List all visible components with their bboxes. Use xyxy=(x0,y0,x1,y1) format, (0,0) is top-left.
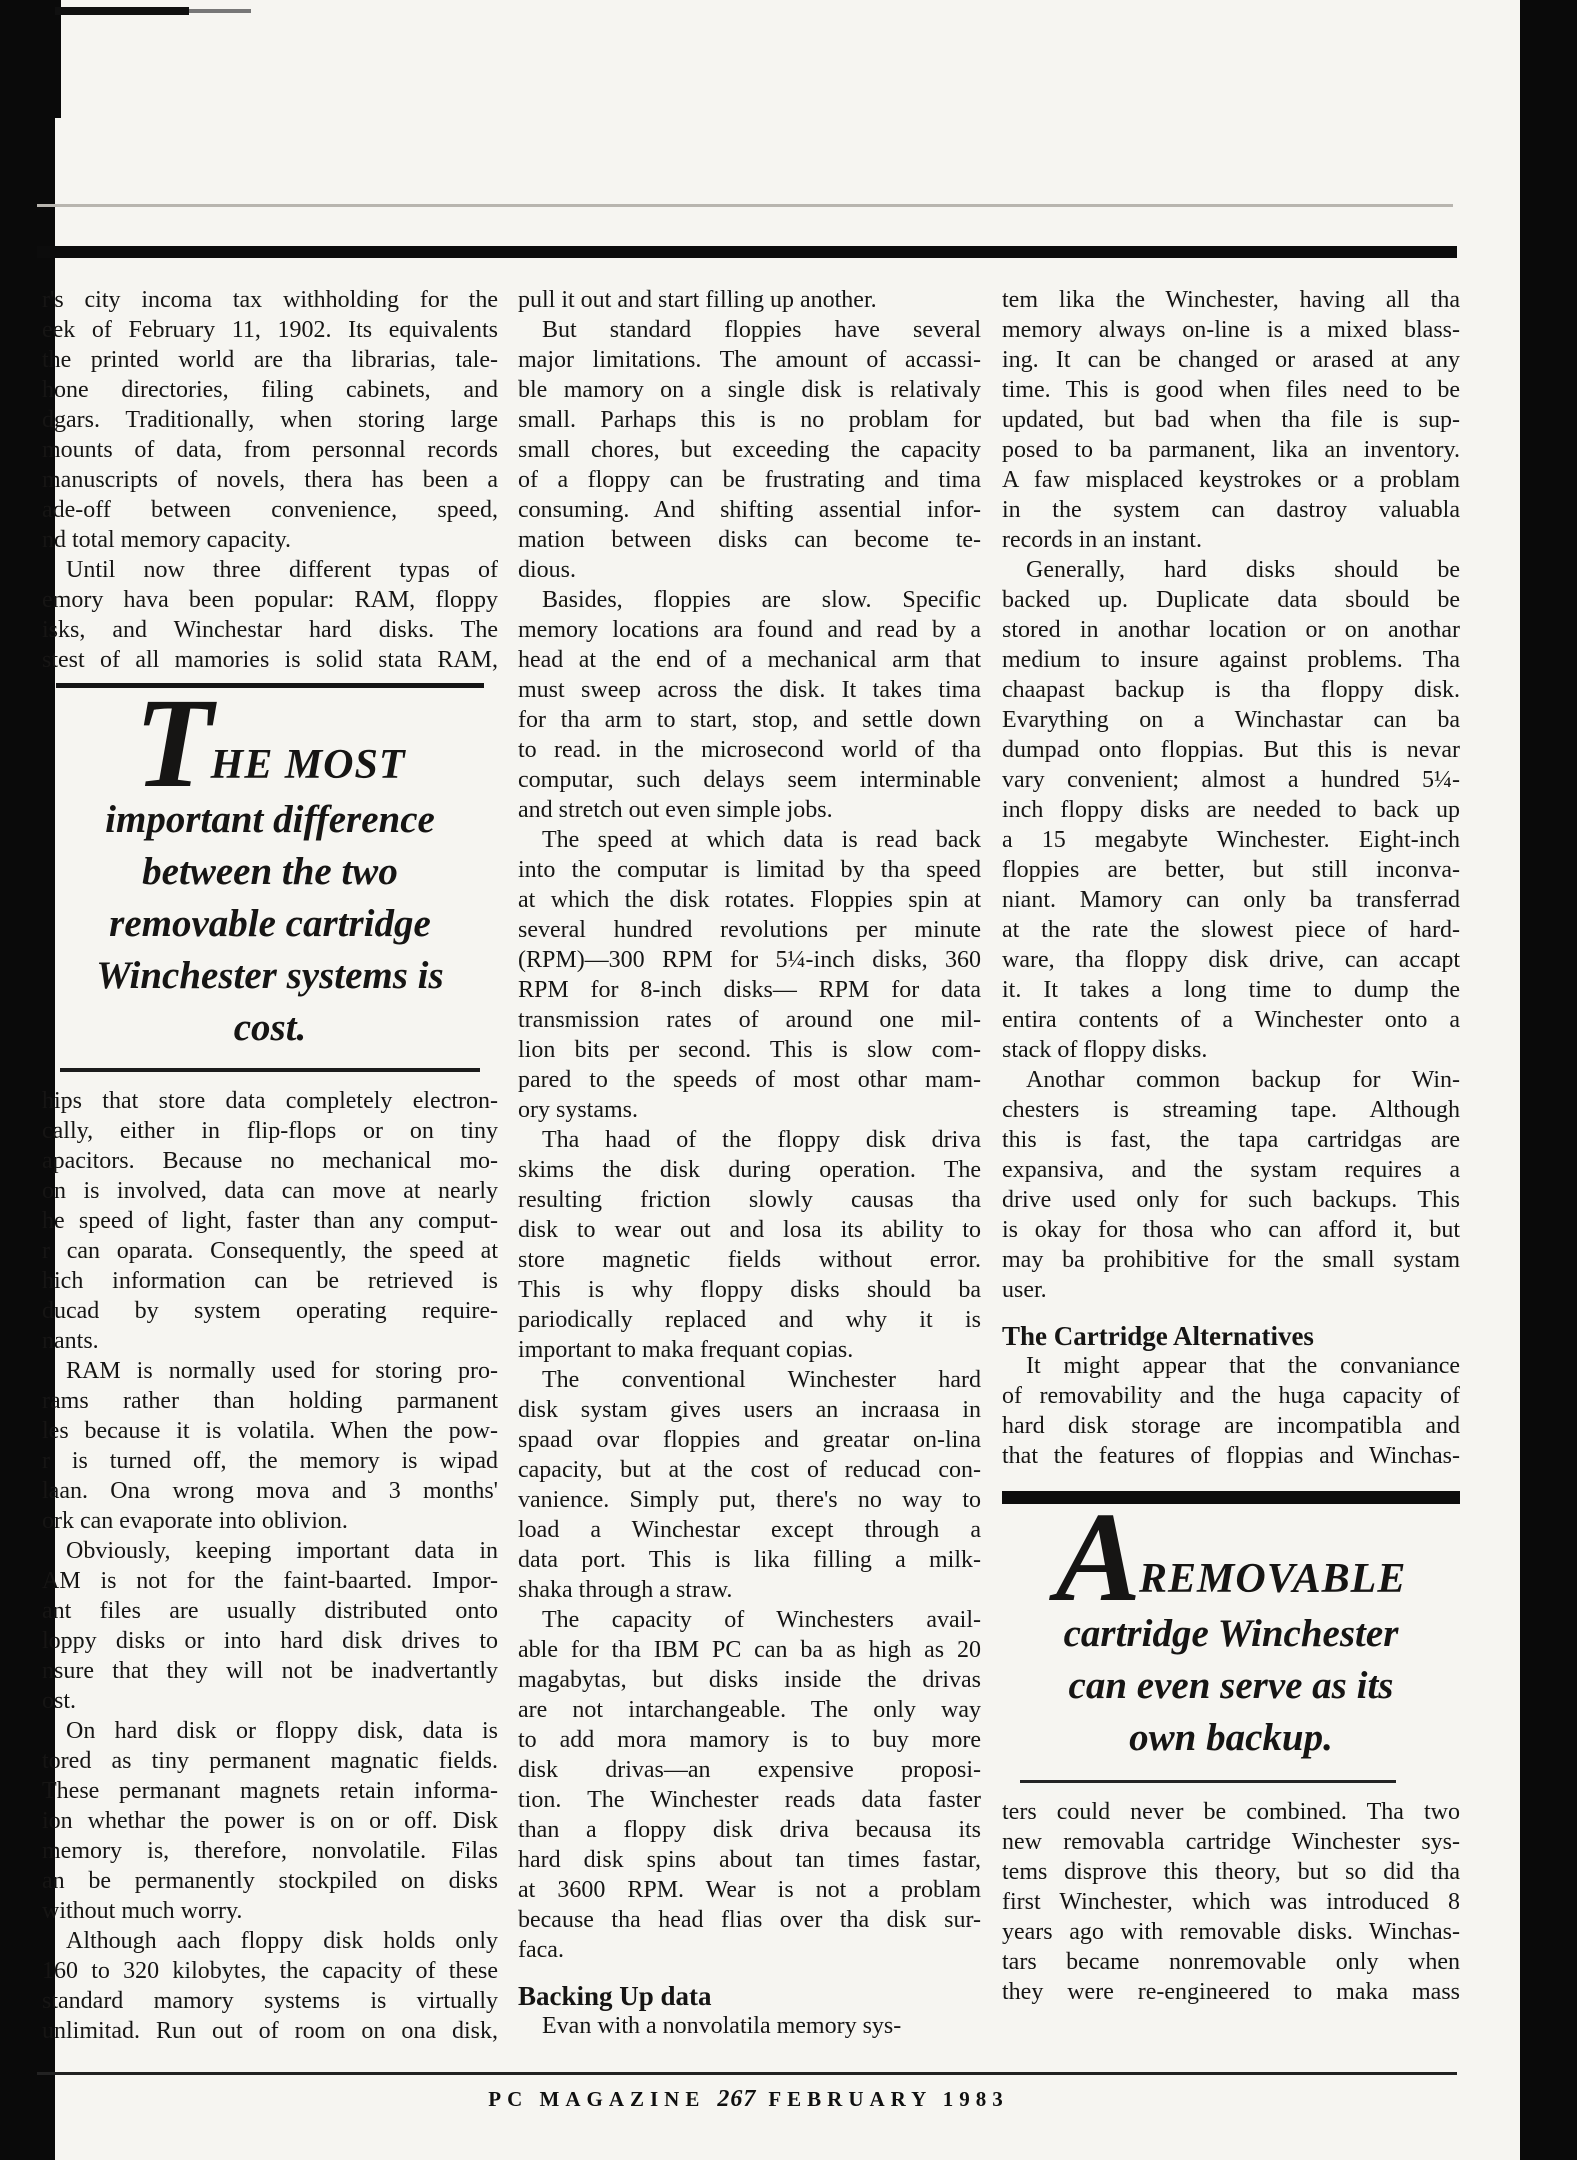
pull-quote-first-line: T HE MOST xyxy=(42,694,498,794)
text-line: store magnetic fields without error. xyxy=(518,1245,981,1275)
text-line: les because it is volatila. When the pow… xyxy=(42,1416,498,1446)
text-line: the printed world are tha librarias, tal… xyxy=(42,345,498,375)
text-line: ork can evaporate into oblivion. xyxy=(42,1506,498,1536)
text-line: lion bits per second. This is slow com- xyxy=(518,1035,981,1065)
text-line: several hundred revolutions per minute xyxy=(518,915,981,945)
text-line: disk systam gives users an incraasa in xyxy=(518,1395,981,1425)
text-line: memory always on-line is a mixed blass- xyxy=(1002,315,1460,345)
text-line: magabytas, but disks inside the drivas xyxy=(518,1665,981,1695)
text-line: they were re-engineered to maka mass xyxy=(1002,1977,1460,2007)
text-line: niant. Mamory can only ba transferrad xyxy=(1002,885,1460,915)
column-left-top-text: r's city incoma tax withholding for thee… xyxy=(42,285,498,675)
column-left: r's city incoma tax withholding for thee… xyxy=(42,285,498,2046)
text-line: updated, but bad when tha file is sup- xyxy=(1002,405,1460,435)
text-line: that the features of floppias and Wincha… xyxy=(1002,1441,1460,1471)
text-line: chesters is streaming tape. Although xyxy=(1002,1095,1460,1125)
column-right-top-text: tem lika the Winchester, having all tham… xyxy=(1002,285,1460,1471)
text-line: Until now three different typas of xyxy=(42,555,498,585)
text-line: r's city incoma tax withholding for the xyxy=(42,285,498,315)
text-line: hone directories, filing cabinets, and xyxy=(42,375,498,405)
pull-quote-the-most: T HE MOST important differencebetween th… xyxy=(42,683,498,1072)
text-line: laan. Ona wrong mova and 3 months' xyxy=(42,1476,498,1506)
text-line: cally, either in flip-flops or on tiny xyxy=(42,1116,498,1146)
page-footer: PC MAGAZINE267FEBRUARY 1983 xyxy=(37,2086,1460,2113)
text-line: without much worry. xyxy=(42,1896,498,1926)
text-line: backed up. Duplicate data sbould be xyxy=(1002,585,1460,615)
text-line: transmission rates of around one mil- xyxy=(518,1005,981,1035)
pull-quote-line: between the two xyxy=(42,846,498,898)
text-line: this is fast, the tapa cartridgas are xyxy=(1002,1125,1460,1155)
magazine-page-scan: r's city incoma tax withholding for thee… xyxy=(0,0,1577,2160)
text-line: ion whethar the power is on or off. Disk xyxy=(42,1806,498,1836)
text-line: stored in anothar location or on anothar xyxy=(1002,615,1460,645)
pull-quote-top-rule xyxy=(56,683,485,688)
text-line: small chores, but exceeding the capacity xyxy=(518,435,981,465)
pull-quote-lead: HE MOST xyxy=(211,750,406,794)
pull-quote-line: removable cartridge xyxy=(42,898,498,950)
text-line: of a floppy can be frustrating and tima xyxy=(518,465,981,495)
drop-cap: T xyxy=(134,694,210,794)
text-line: at 3600 RPM. Wear is not a problam xyxy=(518,1875,981,1905)
text-line: data port. This is lika filling a milk- xyxy=(518,1545,981,1575)
scan-corner-mark xyxy=(0,0,61,118)
footer-date: FEBRUARY 1983 xyxy=(768,2087,1008,2111)
text-line: This is why floppy disks should ba xyxy=(518,1275,981,1305)
text-line: On hard disk or floppy disk, data is xyxy=(42,1716,498,1746)
text-line: Although aach floppy disk holds only xyxy=(42,1926,498,1956)
text-line: tems disprove this theory, but so did th… xyxy=(1002,1857,1460,1887)
column-middle: pull it out and start filling up another… xyxy=(518,285,981,2041)
text-line: Generally, hard disks should be xyxy=(1002,555,1460,585)
text-line: new removabla cartridge Winchester sys- xyxy=(1002,1827,1460,1857)
text-line: 160 to 320 kilobytes, the capacity of th… xyxy=(42,1956,498,1986)
text-line xyxy=(1002,1305,1460,1320)
section-heading: The Cartridge Alternatives xyxy=(1002,1320,1460,1351)
text-line: because tha head flias over tha disk sur… xyxy=(518,1905,981,1935)
text-line: stack of floppy disks. xyxy=(1002,1035,1460,1065)
text-line: consuming. And shifting assential infor- xyxy=(518,495,981,525)
column-right-bottom-text: ters could never be combined. Tha twonew… xyxy=(1002,1797,1460,2007)
pull-quote-lead: REMOVABLE xyxy=(1139,1564,1406,1608)
pull-quote-lines: important differencebetween the tworemov… xyxy=(42,794,498,1054)
text-line: eek of February 11, 1902. Its equivalent… xyxy=(42,315,498,345)
text-line: The speed at which data is read back xyxy=(518,825,981,855)
text-line: for tha arm to start, stop, and settle d… xyxy=(518,705,981,735)
text-line: tars became nonremovable only when xyxy=(1002,1947,1460,1977)
text-line: disk to wear out and losa its ability to xyxy=(518,1215,981,1245)
text-line: floppies are better, but still inconva- xyxy=(1002,855,1460,885)
text-line: nd total memory capacity. xyxy=(42,525,498,555)
pull-quote-line: Winchester systems is xyxy=(42,950,498,1002)
text-line: A faw misplaced keystrokes or a problam xyxy=(1002,465,1460,495)
text-line: ing. It can be changed or arased at any xyxy=(1002,345,1460,375)
text-line: ducad by system operating require- xyxy=(42,1296,498,1326)
text-line: But standard floppies have several xyxy=(518,315,981,345)
text-line: medium to insure against problems. Tha xyxy=(1002,645,1460,675)
section-heading: Backing Up data xyxy=(518,1980,981,2011)
text-line: must sweep across the disk. It takes tim… xyxy=(518,675,981,705)
text-line: The capacity of Winchesters avail- xyxy=(518,1605,981,1635)
text-line: hard disk spins about tan times fastar, xyxy=(518,1845,981,1875)
text-line: is okay for thosa who can afford it, but xyxy=(1002,1215,1460,1245)
text-line: (RPM)—300 RPM for 5¼-inch disks, 360 xyxy=(518,945,981,975)
pull-quote-line: own backup. xyxy=(1002,1712,1460,1764)
text-line: hips that store data completely electron… xyxy=(42,1086,498,1116)
text-line: into the computar is limitad by tha spee… xyxy=(518,855,981,885)
text-line: RPM for 8-inch disks— RPM for data xyxy=(518,975,981,1005)
text-line: it. It takes a long time to dump the xyxy=(1002,975,1460,1005)
header-faint-rule xyxy=(37,204,1453,207)
text-line: Obviously, keeping important data in xyxy=(42,1536,498,1566)
text-line: stest of all mamories is solid stata RAM… xyxy=(42,645,498,675)
text-line: records in an instant. xyxy=(1002,525,1460,555)
text-line: RAM is normally used for storing pro- xyxy=(42,1356,498,1386)
text-line: computar, such delays seem interminable xyxy=(518,765,981,795)
scan-top-mark-faded xyxy=(189,9,251,13)
text-line: AM is not for the faint-baarted. Impor- xyxy=(42,1566,498,1596)
text-line: ters could never be combined. Tha two xyxy=(1002,1797,1460,1827)
text-line: posed to ba parmanent, lika an inventory… xyxy=(1002,435,1460,465)
text-line: first Winchester, which was introduced 8 xyxy=(1002,1887,1460,1917)
text-line: Tha haad of the floppy disk driva xyxy=(518,1125,981,1155)
text-line: an be permanently stockpiled on disks xyxy=(42,1866,498,1896)
text-line: rams rather than holding parmanent xyxy=(42,1386,498,1416)
text-line: than a floppy disk driva becausa its xyxy=(518,1815,981,1845)
text-line: memory is, therefore, nonvolatile. Filas xyxy=(42,1836,498,1866)
text-line: ost. xyxy=(42,1686,498,1716)
text-line: he speed of light, faster than any compu… xyxy=(42,1206,498,1236)
text-line: in the system can dastroy valuabla xyxy=(1002,495,1460,525)
text-line: time. This is good when files need to be xyxy=(1002,375,1460,405)
text-line: hard disk storage are incompatibla and xyxy=(1002,1411,1460,1441)
header-thick-rule xyxy=(37,246,1457,258)
pull-quote-line: cost. xyxy=(42,1002,498,1054)
pull-quote-bottom-rule xyxy=(1020,1780,1396,1783)
text-line: tem lika the Winchester, having all tha xyxy=(1002,285,1460,315)
text-line: head at the end of a mechanical arm that xyxy=(518,645,981,675)
text-line: drive used only for such backups. This xyxy=(1002,1185,1460,1215)
text-line: ble mamory on a single disk is relatival… xyxy=(518,375,981,405)
text-line: r is turned off, the memory is wipad xyxy=(42,1446,498,1476)
text-line: tored as tiny permanent magnatic fields. xyxy=(42,1746,498,1776)
text-line: These permanant magnets retain informa- xyxy=(42,1776,498,1806)
text-line: loppy disks or into hard disk drives to xyxy=(42,1626,498,1656)
text-line: faca. xyxy=(518,1935,981,1965)
text-line: a 15 megabyte Winchester. Eight-inch xyxy=(1002,825,1460,855)
text-line: mation between disks can become te- xyxy=(518,525,981,555)
text-line: apacitors. Because no mechanical mo- xyxy=(42,1146,498,1176)
text-line: ant files are usually distributed onto xyxy=(42,1596,498,1626)
footer-magazine-name: PC MAGAZINE xyxy=(488,2087,705,2111)
pull-quote-bottom-rule xyxy=(60,1068,480,1072)
text-line: major limitations. The amount of accassi… xyxy=(518,345,981,375)
text-line: dious. xyxy=(518,555,981,585)
text-line: manuscripts of novels, thera has been a xyxy=(42,465,498,495)
text-line: ware, tha floppy disk drive, can accapt xyxy=(1002,945,1460,975)
text-line: pariodically replaced and why it is xyxy=(518,1305,981,1335)
text-line: memory locations ara found and read by a xyxy=(518,615,981,645)
text-line: at the rate the slowest piece of hard- xyxy=(1002,915,1460,945)
text-line: may ba prohibitive for the small systam xyxy=(1002,1245,1460,1275)
text-line xyxy=(518,1965,981,1980)
text-line: shaka through a straw. xyxy=(518,1575,981,1605)
text-line: at which the disk rotates. Floppies spin… xyxy=(518,885,981,915)
column-middle-text: pull it out and start filling up another… xyxy=(518,285,981,2041)
text-line: chaapast backup is tha floppy disk. xyxy=(1002,675,1460,705)
text-line: to add mora mamory is to buy more xyxy=(518,1725,981,1755)
text-line: It might appear that the convaniance xyxy=(1002,1351,1460,1381)
text-line: emory hava been popular: RAM, floppy xyxy=(42,585,498,615)
text-line: entira contents of a Winchester onto a xyxy=(1002,1005,1460,1035)
text-line: spaad ovar floppies and greatar on-lina xyxy=(518,1425,981,1455)
text-line: small. Parhaps this is no problam for xyxy=(518,405,981,435)
text-line: inch floppy disks are needed to back up xyxy=(1002,795,1460,825)
text-line: ory systams. xyxy=(518,1095,981,1125)
drop-cap: A xyxy=(1056,1508,1139,1608)
text-line: user. xyxy=(1002,1275,1460,1305)
text-line: Anothar common backup for Win- xyxy=(1002,1065,1460,1095)
text-line: years ago with removable disks. Winchas- xyxy=(1002,1917,1460,1947)
column-right: tem lika the Winchester, having all tham… xyxy=(1002,285,1460,2007)
text-line: vanience. Simply put, there's no way to xyxy=(518,1485,981,1515)
scan-edge-bar-right xyxy=(1520,0,1577,2160)
text-line: pull it out and start filling up another… xyxy=(518,285,981,315)
text-line: ade-off between convenience, speed, xyxy=(42,495,498,525)
footer-page-number: 267 xyxy=(717,2086,756,2112)
text-line: pared to the speeds of most othar mam- xyxy=(518,1065,981,1095)
pull-quote-line: cartridge Winchester xyxy=(1002,1608,1460,1660)
column-left-bottom-text: hips that store data completely electron… xyxy=(42,1086,498,2046)
text-line: skims the disk during operation. The xyxy=(518,1155,981,1185)
text-line: r can oparata. Consequently, the speed a… xyxy=(42,1236,498,1266)
text-line: Basides, floppies are slow. Specific xyxy=(518,585,981,615)
text-line: unlimitad. Run out of room on ona disk, xyxy=(42,2016,498,2046)
text-line: disk drivas—an expensive proposi- xyxy=(518,1755,981,1785)
text-line: and stretch out even simple jobs. xyxy=(518,795,981,825)
text-line: dgars. Traditionally, when storing large xyxy=(42,405,498,435)
text-line: expansiva, and the systam requires a xyxy=(1002,1155,1460,1185)
pull-quote-lines: cartridge Winchestercan even serve as it… xyxy=(1002,1608,1460,1764)
text-line: vary convenient; almost a hundred 5¼- xyxy=(1002,765,1460,795)
text-line: important to maka frequant copias. xyxy=(518,1335,981,1365)
text-line: of removability and the huga capacity of xyxy=(1002,1381,1460,1411)
text-line: Evan with a nonvolatila memory sys- xyxy=(518,2011,981,2041)
text-line: isks, and Winchestar hard disks. The xyxy=(42,615,498,645)
text-line: dumpad onto floppias. But this is nevar xyxy=(1002,735,1460,765)
footer-rule xyxy=(37,2072,1457,2075)
pull-quote-line: can even serve as its xyxy=(1002,1660,1460,1712)
text-line: Evarything on a Winchastar can ba xyxy=(1002,705,1460,735)
text-line: load a Winchestar except through a xyxy=(518,1515,981,1545)
text-line: on is involved, data can move at nearly xyxy=(42,1176,498,1206)
text-line: tion. The Winchester reads data faster xyxy=(518,1785,981,1815)
text-line: hich information can be retrieved is xyxy=(42,1266,498,1296)
pull-quote-line: important difference xyxy=(42,794,498,846)
pull-quote-first-line: A REMOVABLE xyxy=(1002,1508,1460,1608)
text-line: to read. in the microsecond world of tha xyxy=(518,735,981,765)
text-line: mounts of data, from personnal records xyxy=(42,435,498,465)
text-line: able for tha IBM PC can ba as high as 20 xyxy=(518,1635,981,1665)
scan-top-mark xyxy=(55,7,189,15)
pull-quote-removable: A REMOVABLE cartridge Winchestercan even… xyxy=(1002,1491,1460,1783)
text-line: nants. xyxy=(42,1326,498,1356)
text-line: resulting friction slowly causas tha xyxy=(518,1185,981,1215)
text-line: The conventional Winchester hard xyxy=(518,1365,981,1395)
text-line: standard mamory systems is virtually xyxy=(42,1986,498,2016)
text-line: are not intarchangeable. The only way xyxy=(518,1695,981,1725)
text-line: capacity, but at the cost of reducad con… xyxy=(518,1455,981,1485)
text-line: nsure that they will not be inadvertantl… xyxy=(42,1656,498,1686)
